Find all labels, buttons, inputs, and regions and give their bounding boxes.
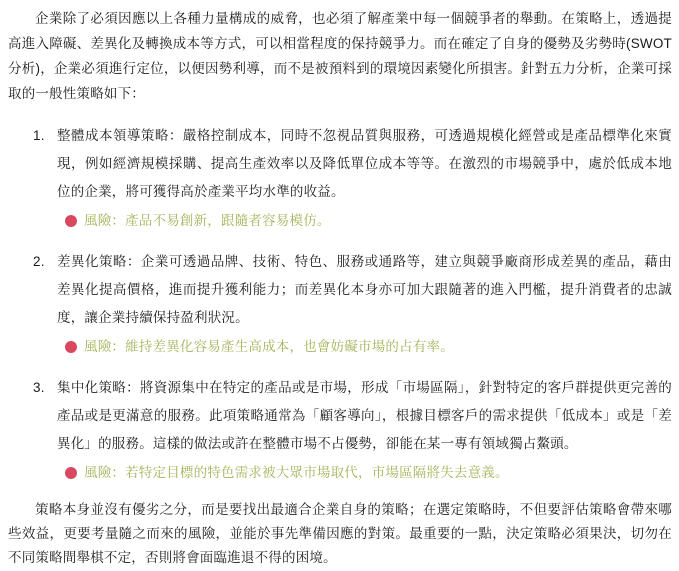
list-item-body: 集中化策略：將資源集中在特定的產品或是市場，形成「市場區隔」，針對特定的客戶群提… (57, 374, 672, 484)
strategy-text: 集中化策略：將資源集中在特定的產品或是市場，形成「市場區隔」，針對特定的客戶群提… (57, 374, 672, 458)
list-number: 3. (33, 374, 57, 484)
risk-line: 風險：產品不易創新，跟隨者容易模仿。 (65, 210, 672, 232)
list-item-body: 差異化策略：企業可透過品牌、技術、特色、服務或通路等，建立與競爭廠商形成差異的產… (57, 248, 672, 358)
risk-bullet-icon (65, 467, 77, 479)
list-number: 2. (33, 248, 57, 358)
risk-text: 風險：產品不易創新，跟隨者容易模仿。 (84, 210, 331, 232)
conclusion-paragraph: 策略本身並沒有優劣之分，而是要找出最適合企業自身的策略；在選定策略時，不但要評估… (8, 498, 672, 570)
intro-paragraph: 企業除了必須因應以上各種力量構成的威脅，也必須了解產業中每一個競爭者的舉動。在策… (8, 6, 672, 106)
list-number: 1. (33, 122, 57, 232)
strategy-text: 整體成本領導策略：嚴格控制成本，同時不忽視品質與服務，可透過規模化經營或是產品標… (57, 122, 672, 206)
list-item-focus: 3. 集中化策略：將資源集中在特定的產品或是市場，形成「市場區隔」，針對特定的客… (8, 374, 672, 484)
risk-line: 風險：若特定目標的特色需求被大眾市場取代，市場區隔將失去意義。 (65, 462, 672, 484)
list-item-differentiation: 2. 差異化策略：企業可透過品牌、技術、特色、服務或通路等，建立與競爭廠商形成差… (8, 248, 672, 358)
risk-line: 風險：維持差異化容易產生高成本，也會妨礙市場的占有率。 (65, 336, 672, 358)
risk-text: 風險：若特定目標的特色需求被大眾市場取代，市場區隔將失去意義。 (84, 462, 509, 484)
document-page: 企業除了必須因應以上各種力量構成的威脅，也必須了解產業中每一個競爭者的舉動。在策… (0, 0, 679, 571)
list-item-cost-leadership: 1. 整體成本領導策略：嚴格控制成本，同時不忽視品質與服務，可透過規模化經營或是… (8, 122, 672, 232)
risk-bullet-icon (65, 341, 77, 353)
risk-bullet-icon (65, 215, 77, 227)
list-item-body: 整體成本領導策略：嚴格控制成本，同時不忽視品質與服務，可透過規模化經營或是產品標… (57, 122, 672, 232)
risk-text: 風險：維持差異化容易產生高成本，也會妨礙市場的占有率。 (84, 336, 454, 358)
strategy-text: 差異化策略：企業可透過品牌、技術、特色、服務或通路等，建立與競爭廠商形成差異的產… (57, 248, 672, 332)
